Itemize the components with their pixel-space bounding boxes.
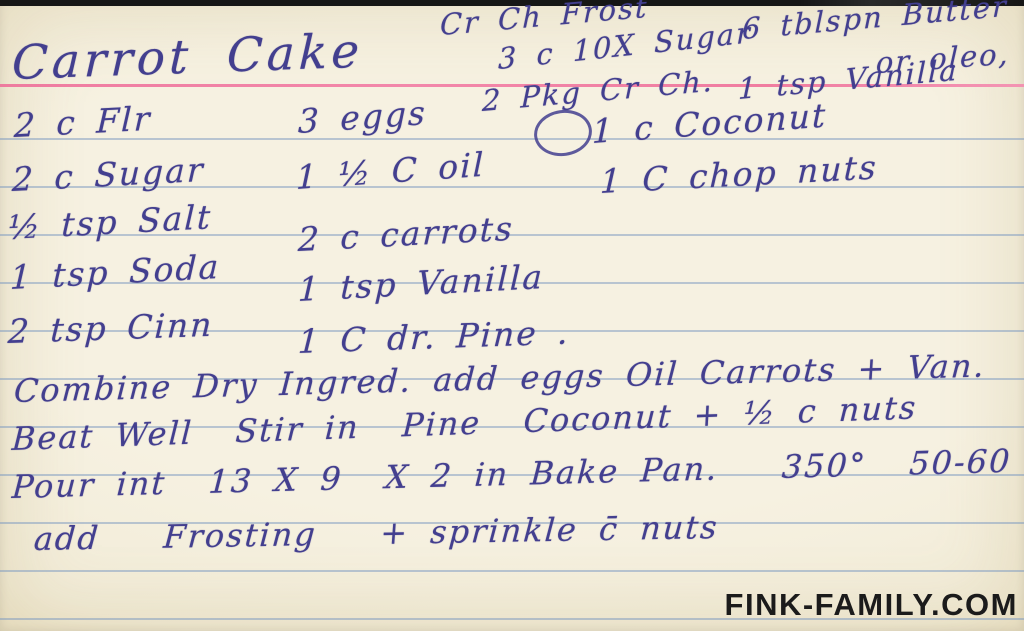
recipe-title: Carrot Cake (11, 24, 364, 91)
ingredient-cinnamon: 2 tsp Cinn (7, 305, 215, 351)
ingredient-flour: 2 c Flr (13, 99, 152, 145)
watermark-text: FINK-FAMILY.COM (725, 587, 1018, 623)
recipe-card: Carrot Cake Cr Ch Frost 3 c 10X Sugar 2 … (0, 0, 1024, 631)
